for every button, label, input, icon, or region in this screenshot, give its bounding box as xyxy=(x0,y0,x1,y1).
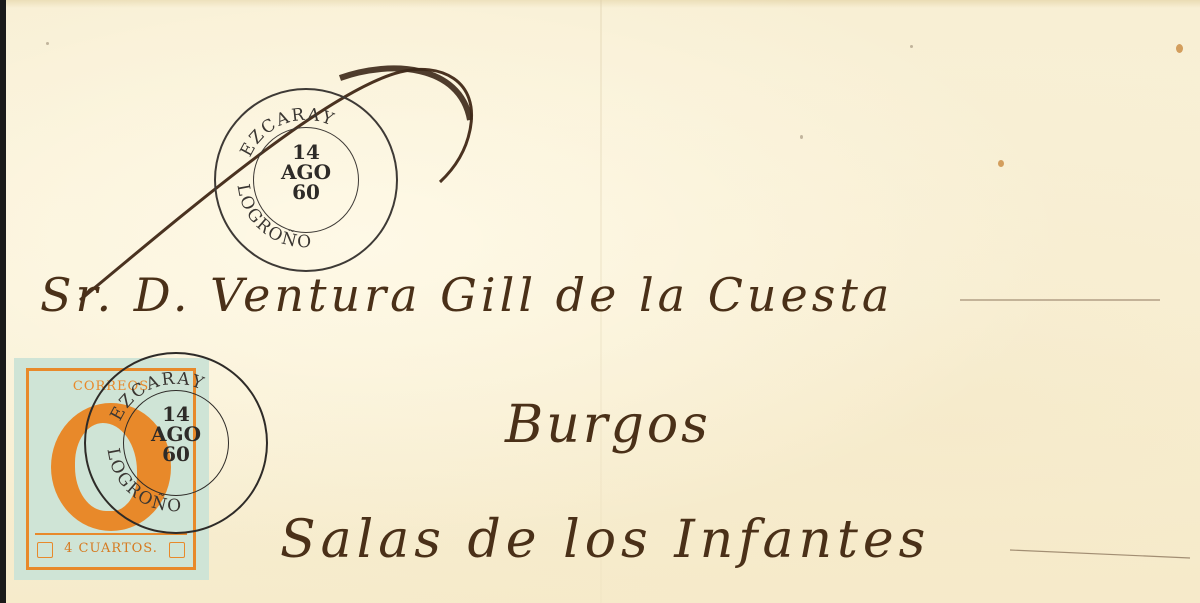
stamp-value-box: 4 CUARTOS. xyxy=(35,533,187,561)
stamp-corner-ornament xyxy=(169,542,185,558)
stamp-cancel-postmark: EZCARAY LOGROÑO 14 AGO 60 xyxy=(84,352,268,534)
postmark-month: AGO xyxy=(266,162,346,182)
postmark-year: 60 xyxy=(136,444,216,464)
postmark-day: 14 xyxy=(136,404,216,424)
stamp-value: 4 CUARTOS. xyxy=(64,541,158,556)
address-line-city: Burgos xyxy=(505,395,711,455)
postmark-date: 14 AGO 60 xyxy=(266,142,346,202)
postmark-day: 14 xyxy=(266,142,346,162)
postmark-month: AGO xyxy=(136,424,216,444)
address-line-town: Salas de los Infantes xyxy=(280,510,930,570)
postmark-year: 60 xyxy=(266,182,346,202)
postmark-circle: EZCARAY LOGROÑO 14 AGO 60 xyxy=(214,88,398,272)
stamp-corner-ornament xyxy=(37,542,53,558)
postmark-date: 14 AGO 60 xyxy=(136,404,216,464)
address-line-recipient: Sr. D. Ventura Gill de la Cuesta xyxy=(40,268,893,322)
